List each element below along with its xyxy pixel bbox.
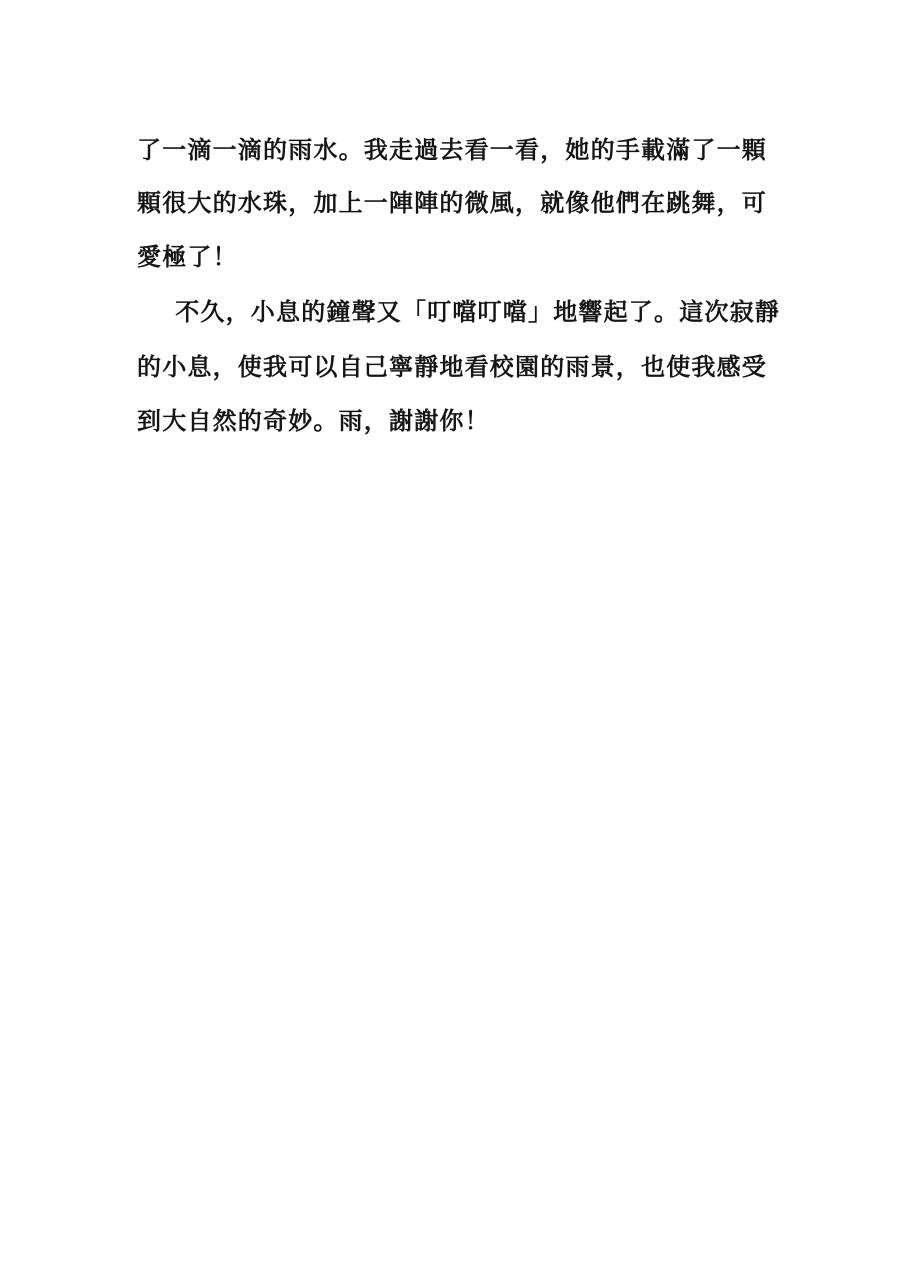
- paragraph-line: 了一滴一滴的雨水。我走過去看一看，她的手載滿了一顆: [137, 135, 767, 165]
- paragraph-line: 不久，小息的鐘聲又「叮噹叮噹」地響起了。這次寂靜: [150, 297, 780, 327]
- paragraph-line: 顆很大的水珠，加上一陣陣的微風，就像他們在跳舞，可: [137, 188, 767, 218]
- paragraph-line: 到大自然的奇妙。雨，謝謝你！: [137, 406, 490, 436]
- paragraph-line: 的小息，使我可以自己寧靜地看校園的雨景，也使我感受: [137, 352, 767, 382]
- document-page: 了一滴一滴的雨水。我走過去看一看，她的手載滿了一顆 顆很大的水珠，加上一陣陣的微…: [0, 0, 905, 1280]
- paragraph-line: 愛極了！: [137, 242, 238, 272]
